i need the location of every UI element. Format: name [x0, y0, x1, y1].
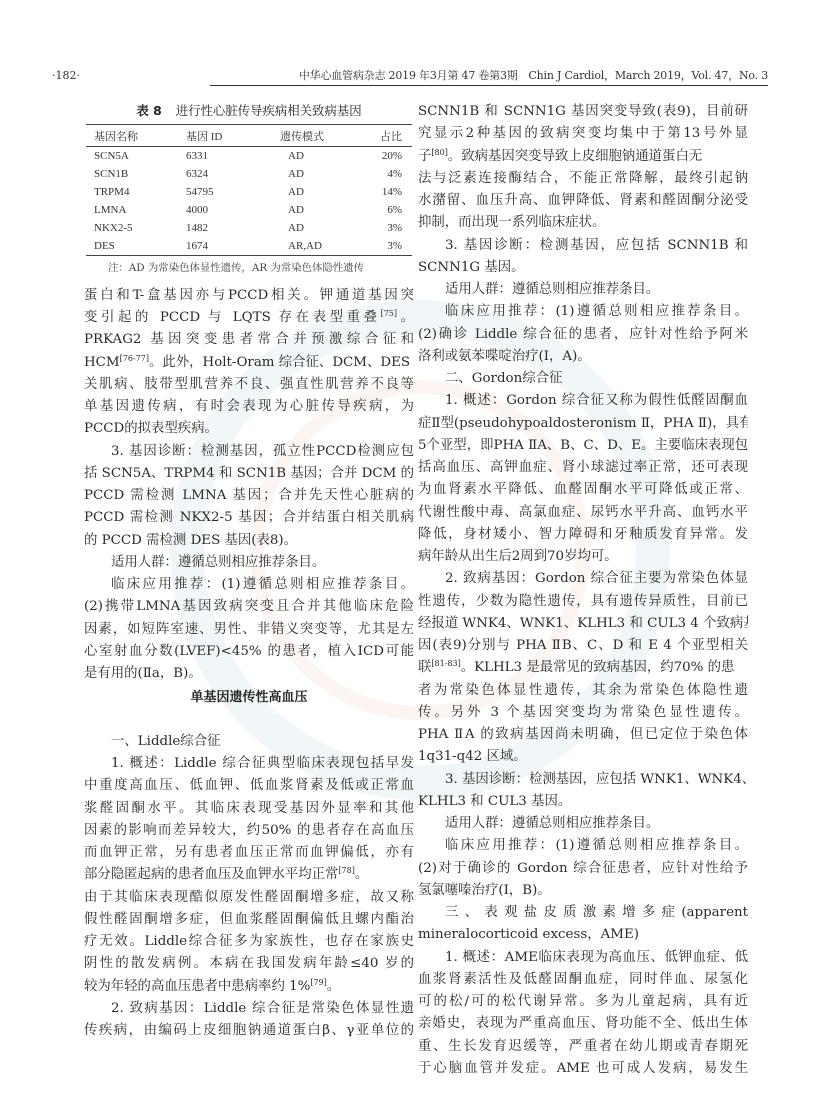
citation: [80]: [431, 148, 447, 157]
gene-name: SCN1B: [86, 165, 186, 183]
table-note: 注：AD 为常染色体显性遗传，AR 为常染色体隐性遗传: [108, 259, 364, 274]
body-line: 可的松/可的松代谢异常。多为儿童起病，具有近: [418, 991, 748, 1013]
citation: [75]: [381, 309, 397, 318]
body-line: 浆醛固酮水平。其临床表现受基因外显率和其他: [84, 798, 414, 820]
body-line: 血浆肾素活性及低醛固酮血症，同时伴血、尿氢化: [418, 969, 748, 991]
body-line: 5个亚型，即PHA ⅡA、B、C、D、E。主要临床表现包: [418, 435, 748, 457]
body-line: 传疾病，由编码上皮细胞钠通道蛋白β、γ亚单位的: [84, 1020, 414, 1042]
table-caption: 表 8进行性心脏传导疾病相关致病基因: [84, 101, 414, 119]
body-line: 中重度高血压、低血钾、低血浆肾素及低或正常血: [84, 775, 414, 797]
body-line: 由于其临床表现酷似原发性醛固酮增多症，故又称: [84, 887, 414, 909]
body-line: 性遗传，少数为隐性遗传，具有遗传异质性，目前已: [418, 591, 748, 613]
body-line: 因素的影响而差异较大，约50% 的患者存在高血压: [84, 820, 414, 842]
subsection-heading: 三、表观盐皮质激素增多症(apparent: [418, 902, 748, 924]
body-line: 1q31-q42 区域。: [418, 746, 748, 768]
body-line: 的 PCCD 需检测 DES 基因(表8)。: [84, 530, 414, 552]
body-line: 3. 基因诊断：检测基因，应包括 WNK1、WNK4、: [418, 769, 748, 791]
body-line: SCNN1B 和 SCNN1G 基因突变导致(表9)，目前研: [418, 101, 748, 123]
body-line: 传。另外 3 个基因突变均为常染色显性遗传。: [418, 702, 748, 724]
inheritance: AD: [266, 201, 370, 219]
body-line: 水潴留、血压升高、血钾降低、肾素和醛固酮分泌受: [418, 190, 748, 212]
body-line: HCM[76-77]。此外，Holt-Oram 综合征、DCM、DES 相: [84, 352, 414, 374]
gene-name: NKX2-5: [86, 219, 186, 237]
body-line: 1. 概述：Liddle 综合征典型临床表现包括早发: [84, 753, 414, 775]
table-row: DES 1674 AR,AD 3%: [86, 237, 412, 256]
page-number: ·182·: [52, 69, 80, 82]
body-line: 关肌病、肢带型肌营养不良、强直性肌营养不良等: [84, 374, 414, 396]
body-line: 阴性的散发病例。本病在我国发病年龄≤40 岁的: [84, 953, 414, 975]
inheritance: AD: [266, 183, 370, 201]
body-line: PCCD 需检测 LMNA 基因；合并先天性心脏病的: [84, 485, 414, 507]
column-header: 基因名称: [86, 125, 186, 147]
gene-id: 6324: [186, 165, 266, 183]
body-line: 1. 概述：Gordon 综合征又称为假性低醛固酮血: [418, 390, 748, 412]
column-header: 基因 ID: [186, 125, 266, 147]
proportion: 3%: [370, 219, 412, 237]
subsection-heading: 二、Gordon综合征: [418, 368, 748, 390]
section-title: 单基因遗传性高血压: [84, 686, 414, 705]
body-line: 适用人群：遵循总则相应推荐条目。: [418, 279, 748, 301]
table-label: 表 8: [136, 103, 161, 118]
citation: [79]: [310, 978, 326, 987]
gene-id: 1674: [186, 237, 266, 256]
gene-id: 6331: [186, 147, 266, 166]
gene-id: 4000: [186, 201, 266, 219]
table-header-row: 基因名称 基因 ID 遗传模式 占比: [86, 125, 412, 147]
inheritance: AD: [266, 219, 370, 237]
body-line: 代谢性酸中毒、高氯血症、尿钙水平升高、血钙水平: [418, 502, 748, 524]
gene-table: 基因名称 基因 ID 遗传模式 占比 SCN5A 6331 AD 20% SCN…: [86, 124, 412, 256]
table-row: NKX2-5 1482 AD 3%: [86, 219, 412, 237]
body-line: KLHL3 和 CUL3 基因。: [418, 791, 748, 813]
gene-name: TRPM4: [86, 183, 186, 201]
column-header: 遗传模式: [266, 125, 370, 147]
body-line: 2. 致病基因：Gordon 综合征主要为常染色体显: [418, 568, 748, 590]
body-line: 法与泛素连接酶结合，不能正常降解，最终引起钠: [418, 168, 748, 190]
body-line: PCCD 需检测 NKX2-5 基因；合并结蛋白相关肌病: [84, 507, 414, 529]
body-line: (2)对于确诊的 Gordon 综合征患者，应针对性给予: [418, 858, 748, 880]
body-line: 而血钾正常，另有患者血压正常而血钾偏低，亦有: [84, 842, 414, 864]
body-line: 假性醛固酮增多症，但血浆醛固酮偏低且螺内酯治: [84, 909, 414, 931]
body-line: 单基因遗传病，有时会表现为心脏传导疾病，为: [84, 396, 414, 418]
proportion: 3%: [370, 237, 412, 256]
body-line: 氢氯噻嗪治疗(Ⅰ，B)。: [418, 880, 748, 902]
proportion: 20%: [370, 147, 412, 166]
body-line: 亲婚史，表现为严重高血压、肾功能不全、低出生体: [418, 1013, 748, 1035]
body-line: 抑制，而出现一系列临床症状。: [418, 212, 748, 234]
body-line: 适用人群：遵循总则相应推荐条目。: [418, 813, 748, 835]
inheritance: AR,AD: [266, 237, 370, 256]
gene-id: 54795: [186, 183, 266, 201]
body-line: 联[81-83]。KLHL3 是最常见的致病基因，约70% 的患: [418, 657, 748, 679]
body-line: 括高血压、高钾血症、肾小球滤过率正常，还可表现: [418, 457, 748, 479]
body-line: 3. 基因诊断：检测基因，孤立性PCCD检测应包: [84, 441, 414, 463]
body-line: 疗无效。Liddle综合征多为家族性，也存在家族史: [84, 931, 414, 953]
body-line: SCNN1G 基因。: [418, 257, 748, 279]
proportion: 14%: [370, 183, 412, 201]
column-header: 占比: [370, 125, 412, 147]
inheritance: AD: [266, 165, 370, 183]
subsection-heading: mineralocorticoid excess，AME): [418, 924, 748, 946]
body-line: PRKAG2 基因突变患者常合并预激综合征和: [84, 329, 414, 351]
body-line: PCCD的拟表型疾病。: [84, 418, 414, 440]
body-line: 为血肾素水平降低、血醛固酮水平可降低或正常、: [418, 479, 748, 501]
body-line: (2)确诊 Liddle 综合征的患者，应针对性给予阿米: [418, 324, 748, 346]
body-line: 症Ⅱ型(pseudohypoaldosteronism Ⅱ，PHA Ⅱ)，具有: [418, 413, 748, 435]
table-row: TRPM4 54795 AD 14%: [86, 183, 412, 201]
citation: [78]: [338, 866, 354, 875]
body-line: 蛋白和T-盒基因亦与PCCD相关。钾通道基因突: [84, 285, 414, 307]
body-line: 经报道 WNK4、WNK1、KLHL3 和 CUL3 4 个致病基: [418, 613, 748, 635]
body-line: 心室射血分数(LVEF)<45% 的患者，植入ICD可能: [84, 641, 414, 663]
gene-name: LMNA: [86, 201, 186, 219]
citation: [76-77]: [120, 354, 149, 363]
body-line: 子[80]。致病基因突变导致上皮细胞钠通道蛋白无: [418, 146, 748, 168]
body-line: 重、生长发育迟缓等，严重者在幼儿期或青春期死: [418, 1036, 748, 1058]
table-title: 进行性心脏传导疾病相关致病基因: [176, 103, 362, 118]
body-line: 是有用的(Ⅱa，B)。: [84, 663, 414, 685]
body-line: 变引起的 PCCD 与 LQTS 存在表型重叠[75]。: [84, 307, 414, 329]
table-row: SCN5A 6331 AD 20%: [86, 147, 412, 166]
citation: [81-83]: [431, 659, 460, 668]
body-line: 1. 概述：AME临床表现为高血压、低钾血症、低: [418, 947, 748, 969]
body-line: 究显示2种基因的致病突变均集中于第13号外显: [418, 123, 748, 145]
body-line: 临床应用推荐：(1)遵循总则相应推荐条目。: [418, 301, 748, 323]
body-line: 因(表9)分别与 PHA ⅡB、C、D 和 E 4 个亚型相关: [418, 635, 748, 657]
body-line: 临床应用推荐：(1)遵循总则相应推荐条目。: [84, 574, 414, 596]
body-line: 括 SCN5A、TRPM4 和 SCN1B 基因；合并 DCM 的: [84, 463, 414, 485]
body-line: 较为年轻的高血压患者中患病率约 1%[79]。: [84, 976, 414, 998]
body-line: 临床应用推荐：(1)遵循总则相应推荐条目。: [418, 835, 748, 857]
table-row: LMNA 4000 AD 6%: [86, 201, 412, 219]
running-header: 中华心血管病杂志 2019 年3月第 47 卷第3期 Chin J Cardio…: [210, 67, 768, 86]
inheritance: AD: [266, 147, 370, 166]
body-line: 因素，如短阵室速、男性、非错义突变等，尤其是左: [84, 619, 414, 641]
body-line: 洛利或氨苯喋啶治疗(Ⅰ，A)。: [418, 346, 748, 368]
body-line: 2. 致病基因：Liddle 综合征是常染色体显性遗: [84, 998, 414, 1020]
subsection-heading: 一、Liddle综合征: [84, 731, 414, 753]
proportion: 4%: [370, 165, 412, 183]
body-line: 病年龄从出生后2周到70岁均可。: [418, 546, 748, 568]
body-line: 部分隐匿起病的患者血压及血钾水平均正常[78]。: [84, 864, 414, 886]
body-line: 于心脑血管并发症。AME 也可成人发病，易发生: [418, 1058, 748, 1080]
body-line: (2)携带LMNA基因致病突变且合并其他临床危险: [84, 596, 414, 618]
body-line: 3. 基因诊断：检测基因，应包括 SCNN1B 和: [418, 235, 748, 257]
body-line: 降低，身材矮小、智力障碍和牙釉质发育异常。发: [418, 524, 748, 546]
body-line: PHA ⅡA 的致病基因尚未明确，但已定位于染色体: [418, 724, 748, 746]
body-line: 适用人群：遵循总则相应推荐条目。: [84, 552, 414, 574]
proportion: 6%: [370, 201, 412, 219]
gene-name: SCN5A: [86, 147, 186, 166]
body-line: 者为常染色体显性遗传，其余为常染色体隐性遗: [418, 680, 748, 702]
gene-name: DES: [86, 237, 186, 256]
table-row: SCN1B 6324 AD 4%: [86, 165, 412, 183]
gene-id: 1482: [186, 219, 266, 237]
